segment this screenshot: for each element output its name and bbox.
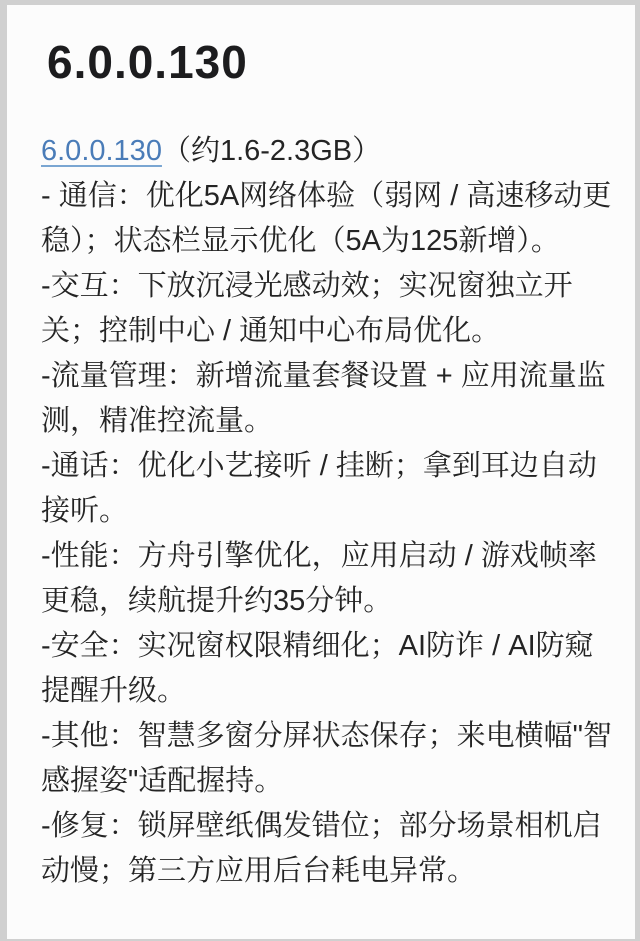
release-note-item-performance: -性能：方舟引擎优化，应用启动 / 游戏帧率更稳，续航提升约35分钟。 xyxy=(41,534,619,624)
release-note-item-communication: - 通信：优化5A网络体验（弱网 / 高速移动更稳）；状态栏显示优化（5A为12… xyxy=(41,174,619,264)
release-notes: 6.0.0.130（约1.6-2.3GB） - 通信：优化5A网络体验（弱网 /… xyxy=(41,129,619,894)
release-note-item-other: -其他：智慧多窗分屏状态保存；来电横幅"智感握姿"适配握持。 xyxy=(41,714,619,804)
release-note-item-interaction: -交互：下放沉浸光感动效；实况窗独立开关；控制中心 / 通知中心布局优化。 xyxy=(41,264,619,354)
article-card: 6.0.0.130 6.0.0.130（约1.6-2.3GB） - 通信：优化5… xyxy=(7,5,635,939)
release-note-item-calls: -通话：优化小艺接听 / 挂断；拿到耳边自动接听。 xyxy=(41,444,619,534)
version-line: 6.0.0.130（约1.6-2.3GB） xyxy=(41,129,619,174)
release-note-item-data-management: -流量管理：新增流量套餐设置 + 应用流量监测，精准控流量。 xyxy=(41,354,619,444)
release-note-item-security: -安全：实况窗权限精细化；AI防诈 / AI防窥提醒升级。 xyxy=(41,624,619,714)
package-size-note: （约1.6-2.3GB） xyxy=(162,135,381,167)
version-link[interactable]: 6.0.0.130 xyxy=(41,135,162,167)
page-title: 6.0.0.130 xyxy=(47,35,635,89)
release-note-item-fixes: -修复：锁屏壁纸偶发错位；部分场景相机启动慢；第三方应用后台耗电异常。 xyxy=(41,804,619,894)
